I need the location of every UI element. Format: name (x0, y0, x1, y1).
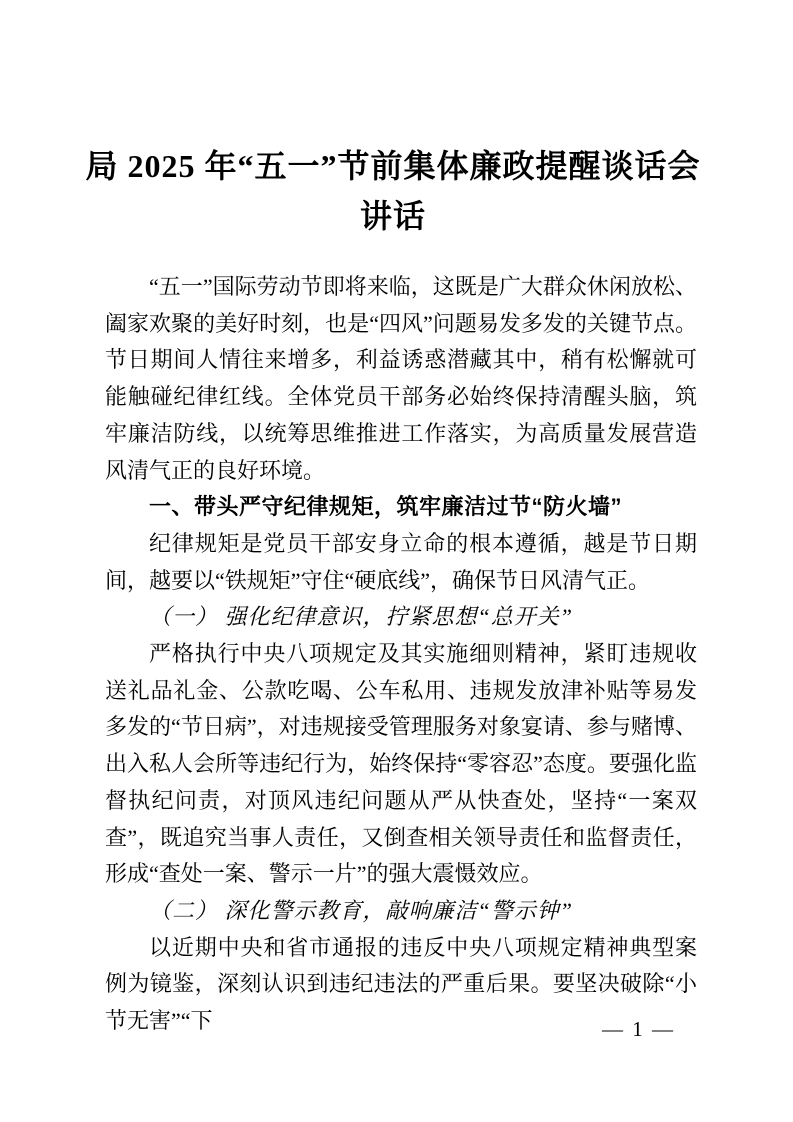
document-content: 局 2025 年“五一”节前集体廉政提醒谈话会讲话 “五一”国际劳动节即将来临，… (105, 141, 697, 1040)
paragraph: “五一”国际劳动节即将来临，这既是广大群众休闲放松、阖家欢聚的美好时刻，也是“四… (105, 269, 697, 489)
sub-heading: （一） 强化纪律意识，拧紧思想“总开关” (105, 599, 697, 636)
paragraph: 纪律规矩是党员干部安身立命的根本遵循，越是节日期间，越要以“铁规矩”守住“硬底线… (105, 526, 697, 599)
section-heading: 一、带头严守纪律规矩，筑牢廉洁过节“防火墙” (105, 489, 697, 526)
paragraph: 严格执行中央八项规定及其实施细则精神，紧盯违规收送礼品礼金、公款吃喝、公车私用、… (105, 636, 697, 893)
document-title: 局 2025 年“五一”节前集体廉政提醒谈话会讲话 (77, 141, 709, 241)
document-body: “五一”国际劳动节即将来临，这既是广大群众休闲放松、阖家欢聚的美好时刻，也是“四… (105, 269, 697, 1040)
document-page: 局 2025 年“五一”节前集体廉政提醒谈话会讲话 “五一”国际劳动节即将来临，… (0, 0, 793, 1122)
page-number: — 1 — (602, 1014, 675, 1044)
sub-heading: （二） 深化警示教育，敲响廉洁“警示钟” (105, 893, 697, 930)
